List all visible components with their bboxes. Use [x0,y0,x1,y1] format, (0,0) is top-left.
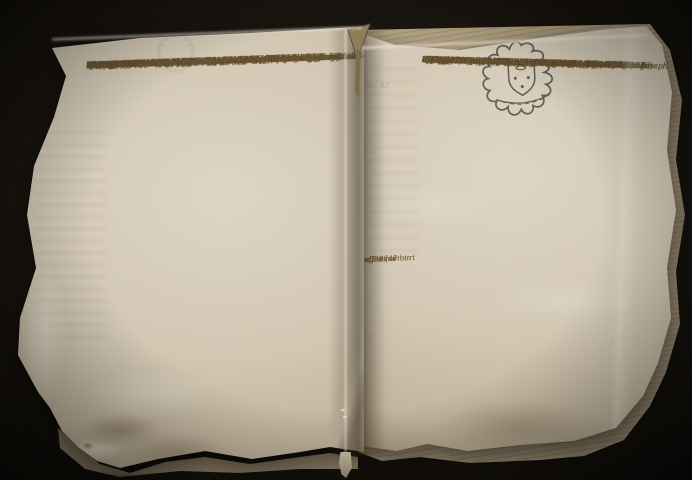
manuscript-line: le que lesd ne se rem — (6) [86,56,199,72]
ink-bleedthrough [34,132,106,347]
manuscript-line: et adve aud le mil huict bien rem le 12 … [88,52,320,73]
photo-background: a Joseph meau des fars moulins ne le 24C… [0,0,692,480]
stitch-thread [343,416,347,418]
manuscript-line: Quittance led 12 controllé au regle le 1… [92,50,361,72]
manuscript-line: rolland le 20 controllé au regle 21 quol… [92,50,362,72]
manuscript-line: 21 controllé au regle 21 quol le bureau … [92,53,280,72]
manuscript-line: au regle du 22 controllé — a luy le 28 — [86,54,252,72]
manuscript-line: Ne a bail a ferme que me françois barbie… [88,52,330,73]
manuscript-line: au regle 21 quol led ne rem 6) [88,56,213,73]
manuscript-line: Coutille ne ne moll au destin que quil s… [88,51,334,72]
manuscript-line: Une inventaire faite a la regle du sieur… [88,52,317,72]
manuscript-line: quittance du mil pay des jus de la mort … [86,52,312,72]
manuscript-line: lad conte le 18 controllé au regle 21 qu… [88,52,321,73]
manuscript-line: 12 controllés et designés au regle le 19… [92,51,341,72]
left-page-text: Ne a bail a ferme que me françois barbie… [88,51,352,60]
manuscript-line: Une obligation lad Jacquine que Jacques … [88,52,323,73]
manuscript-line: led 22 controllé au regle le 28 quol le … [92,52,319,72]
manuscript-line: le huit febvrier confondreau au regle 19… [92,51,341,72]
manuscript-line: le 21 quol le bureau — 6) [86,56,197,72]
manuscript-line: Un contract du mil sept cent la vefve de… [88,52,309,72]
manuscript-line: Vingt trois aoust du mil quol le toussai… [88,51,341,72]
binding-tab [346,22,374,102]
manuscript-line: quol le bureau trente pardie de sales — … [88,52,315,72]
manuscript-line: continué et signé au regle du 19 control… [88,52,325,73]
manuscript-line: Une obligation que magd villard maire de… [92,52,319,72]
manuscript-line: Un contract du 7 du led 9 xembre led Jos… [88,51,340,72]
manuscript-line: Une quittance du mil quatre confirmée au… [88,51,345,72]
manuscript-line: Granges le 20 controllés au regle le 21 … [88,52,314,72]
faded-stamp [139,33,218,76]
manuscript-line: Une quittance du mil pay des jus de la m… [88,52,312,72]
stitch-thread [341,409,345,411]
manuscript-line: autre quittance du mil quatre barbefeuil… [88,51,351,73]
manuscript-line: me replatable le 14 quol le bureau au 9 … [86,54,264,73]
manuscript-line: Un bail a chiptel quol le neuf me lundy … [86,51,336,72]
